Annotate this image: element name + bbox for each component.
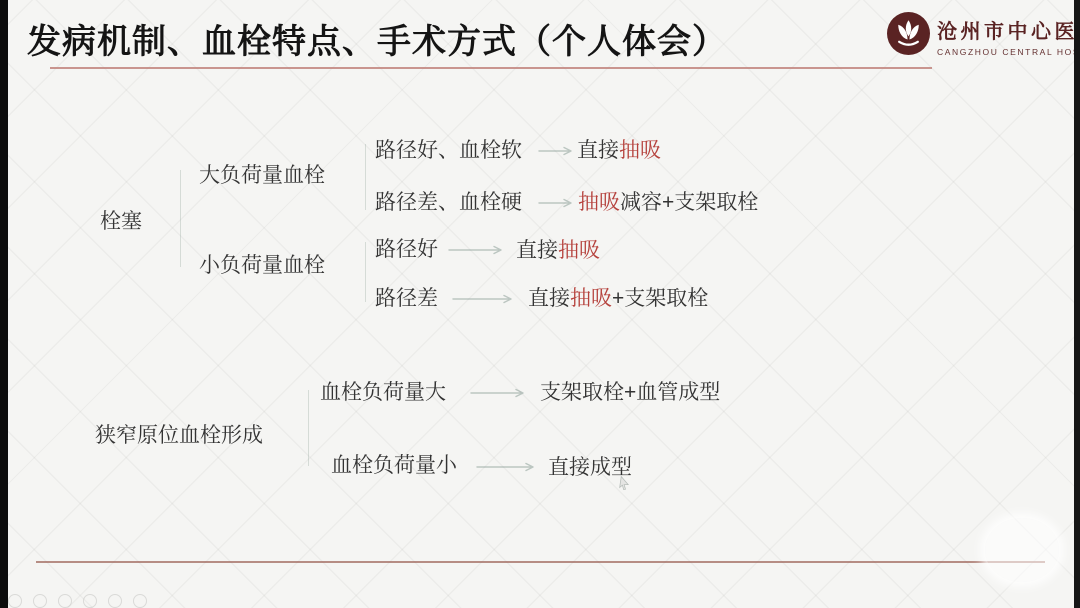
dot	[8, 594, 22, 608]
tree2-root-label: 狭窄原位血栓形成	[95, 424, 263, 448]
hospital-name-en: CANGZHOU CENTRAL HOSPITAL	[937, 47, 1080, 57]
tree1-result-3: 直接抽吸	[516, 239, 600, 263]
tree1-branch-large-label: 大负荷量血栓	[199, 164, 325, 188]
tree1-result-4: 直接抽吸+支架取栓	[528, 287, 708, 311]
tree2-result-1: 支架取栓+血管成型	[540, 381, 720, 405]
title-underline	[50, 67, 932, 69]
mouse-pointer-icon	[617, 475, 632, 495]
connector-line	[365, 242, 366, 302]
tree1-root-label: 栓塞	[100, 210, 142, 234]
flow-arrow-icon	[470, 387, 528, 399]
letterbox-right	[1074, 0, 1080, 608]
flow-arrow-icon	[452, 293, 516, 305]
flow-arrow-icon	[538, 197, 576, 209]
tree1-condition-3: 路径好	[375, 238, 438, 262]
tree1-branch-small-label: 小负荷量血栓	[199, 254, 325, 278]
hospital-name-zh: 沧州市中心医院	[937, 15, 1080, 44]
hospital-logo-text: 沧州市中心医院 CANGZHOU CENTRAL HOSPITAL	[937, 12, 1080, 57]
slide: 发病机制、血栓特点、手术方式（个人体会） 沧州市中心医院 CANGZHOU CE…	[0, 0, 1080, 608]
flow-arrow-icon	[538, 145, 576, 157]
tree1-condition-2: 路径差、血栓硬	[375, 191, 522, 215]
tree1-result-2: 抽吸减容+支架取栓	[578, 191, 758, 215]
bottom-divider-line	[36, 561, 1045, 563]
connector-line	[365, 144, 366, 210]
dot	[58, 594, 72, 608]
connector-line	[308, 390, 309, 466]
dot	[83, 594, 97, 608]
connector-line	[180, 170, 181, 267]
watermark-badge	[985, 518, 1059, 582]
tree1-condition-4: 路径差	[375, 287, 438, 311]
tree2-condition-1: 血栓负荷量大	[320, 381, 446, 405]
page-title: 发病机制、血栓特点、手术方式（个人体会）	[27, 14, 727, 63]
flow-arrow-icon	[448, 244, 506, 256]
hospital-logo: 沧州市中心医院 CANGZHOU CENTRAL HOSPITAL	[887, 12, 1080, 57]
letterbox-left	[0, 0, 8, 608]
tree2-condition-2: 血栓负荷量小	[331, 454, 457, 478]
tree1-condition-1: 路径好、血栓软	[375, 139, 522, 163]
flow-arrow-icon	[476, 461, 538, 473]
dot	[108, 594, 122, 608]
hospital-logo-icon	[887, 12, 930, 55]
dot	[133, 594, 147, 608]
watermark-dots	[8, 594, 147, 608]
tree1-result-1: 直接抽吸	[577, 139, 661, 163]
dot	[33, 594, 47, 608]
